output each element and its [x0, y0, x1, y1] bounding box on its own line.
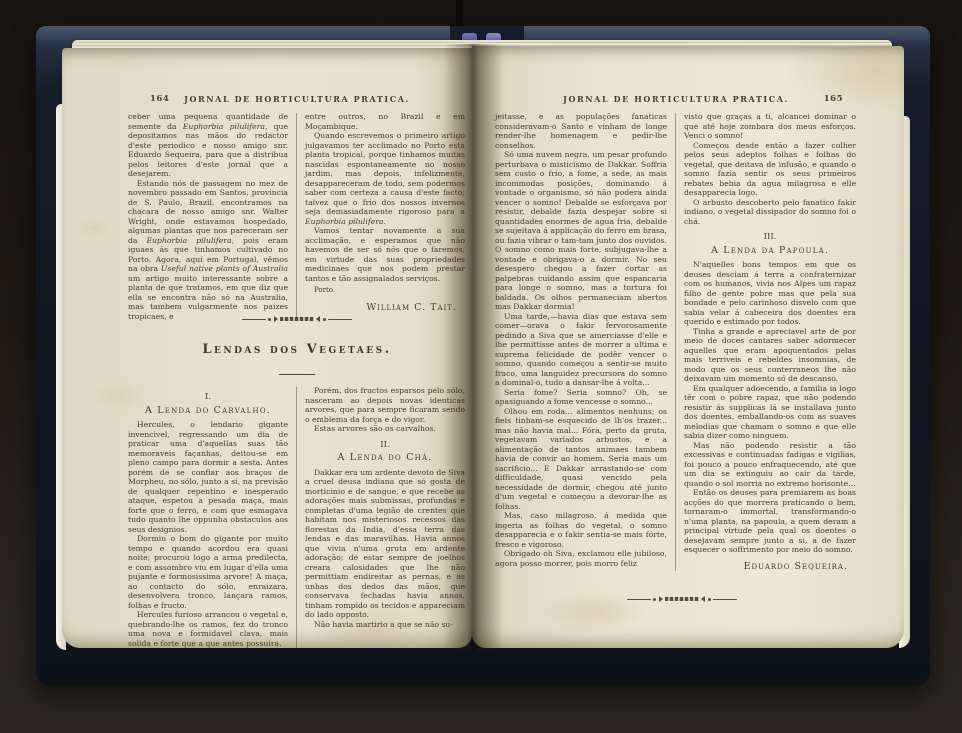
article-divider-ornament — [582, 595, 782, 603]
author-signature: Eduardo Sequeira. — [684, 562, 856, 572]
page-number-left: 164 — [150, 94, 169, 104]
ornament-line — [713, 599, 737, 600]
column-rule — [296, 113, 297, 321]
paragraph: Em qualquer adoecendo, a familia ia logo… — [684, 384, 856, 441]
journal-title-left: JORNAL DE HORTICULTURA PRATICA. — [184, 94, 410, 104]
paragraph: N'aquelles bons tempos em que os deuses … — [684, 260, 856, 327]
paragraph: Quando escrevemos o primeiro artigo julg… — [305, 131, 465, 226]
paragraph: Estas arvores são os carvalhos. — [305, 424, 465, 434]
paragraph: visto que graças a ti, alcancei dominar … — [684, 112, 856, 141]
dateline: Porto. — [305, 286, 465, 296]
paragraph: Mas, caso milagroso, á medida que ingeri… — [495, 511, 667, 549]
lendas-columns-continued: jeitasse, e as populações fanaticas cons… — [495, 112, 857, 571]
ornament-line — [242, 319, 266, 320]
ornament-bar — [665, 597, 699, 601]
paragraph: Então os deuses para premiarem as boas a… — [684, 488, 856, 555]
column-rule — [296, 387, 297, 648]
paragraph: Não havia martirio a que se não su- — [305, 620, 465, 630]
ornament-dot — [708, 598, 711, 601]
paragraph: Obrigado oh Siva, exclamou elle jubiloso… — [495, 549, 667, 568]
chapter-numeral: I. — [128, 393, 288, 403]
ornament-arrow — [274, 316, 278, 322]
paragraph: Tinha a grande e apreciavel arte de por … — [684, 327, 856, 384]
lendas-column-2: Porém, dos fructos esparsos pelo sólo, n… — [305, 386, 465, 648]
page-right: JORNAL DE HORTICULTURA PRATICA. 165 jeit… — [472, 46, 904, 648]
ornament-dot — [268, 318, 271, 321]
section-title-rule — [279, 374, 315, 375]
right-page-column-1: jeitasse, e as populações fanaticas cons… — [495, 112, 667, 571]
column-rule — [675, 113, 676, 571]
ornament-dot — [653, 598, 656, 601]
euphorbia-article-columns: ceber uma pequena quantidade de semente … — [128, 112, 466, 321]
page-left: 164 JORNAL DE HORTICULTURA PRATICA. cebe… — [62, 48, 472, 648]
chapter-numeral: III. — [684, 233, 856, 243]
chapter-title: A Lenda do Carvalho. — [128, 406, 288, 416]
chapter-title: A Lenda do Chá. — [305, 453, 465, 463]
ornament-line — [627, 599, 651, 600]
paragraph: Porém, dos fructos esparsos pelo sólo, n… — [305, 386, 465, 424]
right-page-column-2: visto que graças a ti, alcancei dominar … — [684, 112, 856, 571]
euphorbia-column-2: entre outros, no Brazil e em Moçambique.… — [305, 112, 465, 321]
chapter-title: A Lenda da Papoula. — [684, 246, 856, 256]
paragraph: Mas não podendo resistir a tão excessiva… — [684, 441, 856, 489]
author-signature: William C. Tait. — [305, 303, 465, 313]
journal-title-right: JORNAL DE HORTICULTURA PRATICA. — [563, 94, 789, 104]
page-number-right: 165 — [824, 94, 843, 104]
paragraph: Estando nós de passagem no mez de novemb… — [128, 179, 288, 322]
section-title: Lendas dos Vegetaes. — [128, 342, 466, 357]
euphorbia-column-1: ceber uma pequena quantidade de semente … — [128, 112, 288, 321]
paragraph: Só uma nuvem negra, um pesar profundo pe… — [495, 150, 667, 312]
paragraph: Hercules, o lendario gigante invencivel,… — [128, 420, 288, 534]
page-header-right: JORNAL DE HORTICULTURA PRATICA. 165 — [495, 94, 857, 104]
paragraph: Hercules furioso arrancou o vegetal e, q… — [128, 610, 288, 648]
paragraph: Seria fome? Seria somno? Oh, se apasigua… — [495, 388, 667, 407]
article-divider-ornament — [128, 315, 466, 323]
ornament-arrow — [316, 316, 320, 322]
ornament-arrow — [701, 596, 705, 602]
paragraph: ceber uma pequena quantidade de semente … — [128, 112, 288, 179]
photo-background: 164 JORNAL DE HORTICULTURA PRATICA. cebe… — [0, 0, 962, 733]
paragraph: Começou desde então a fazer colher pelos… — [684, 141, 856, 198]
lendas-columns: I. A Lenda do Carvalho. Hercules, o lend… — [128, 386, 466, 648]
chapter-numeral: II. — [305, 441, 465, 451]
ornament-arrow — [659, 596, 663, 602]
ornament-dot — [323, 318, 326, 321]
paragraph: Dormiu o bom do gigante por muito tempo … — [128, 534, 288, 610]
paragraph: O arbusto descoberto pelo fanatico fakir… — [684, 198, 856, 227]
paragraph: Uma tarde,—havia dias que estava sem com… — [495, 312, 667, 388]
paragraph: Dakkar era um ardente devoto de Siva a c… — [305, 468, 465, 620]
paragraph: jeitasse, e as populações fanaticas cons… — [495, 112, 667, 150]
ornament-line — [328, 319, 352, 320]
paragraph: Olhou em roda... alimentos nenhuns; os f… — [495, 407, 667, 512]
ornament-bar — [280, 317, 314, 321]
paragraph: entre outros, no Brazil e em Moçambique. — [305, 112, 465, 131]
page-header-left: 164 JORNAL DE HORTICULTURA PRATICA. — [128, 94, 466, 104]
lendas-column-1: I. A Lenda do Carvalho. Hercules, o lend… — [128, 386, 288, 648]
paragraph: Vamos tentar novamente a sua acclimação,… — [305, 226, 465, 283]
